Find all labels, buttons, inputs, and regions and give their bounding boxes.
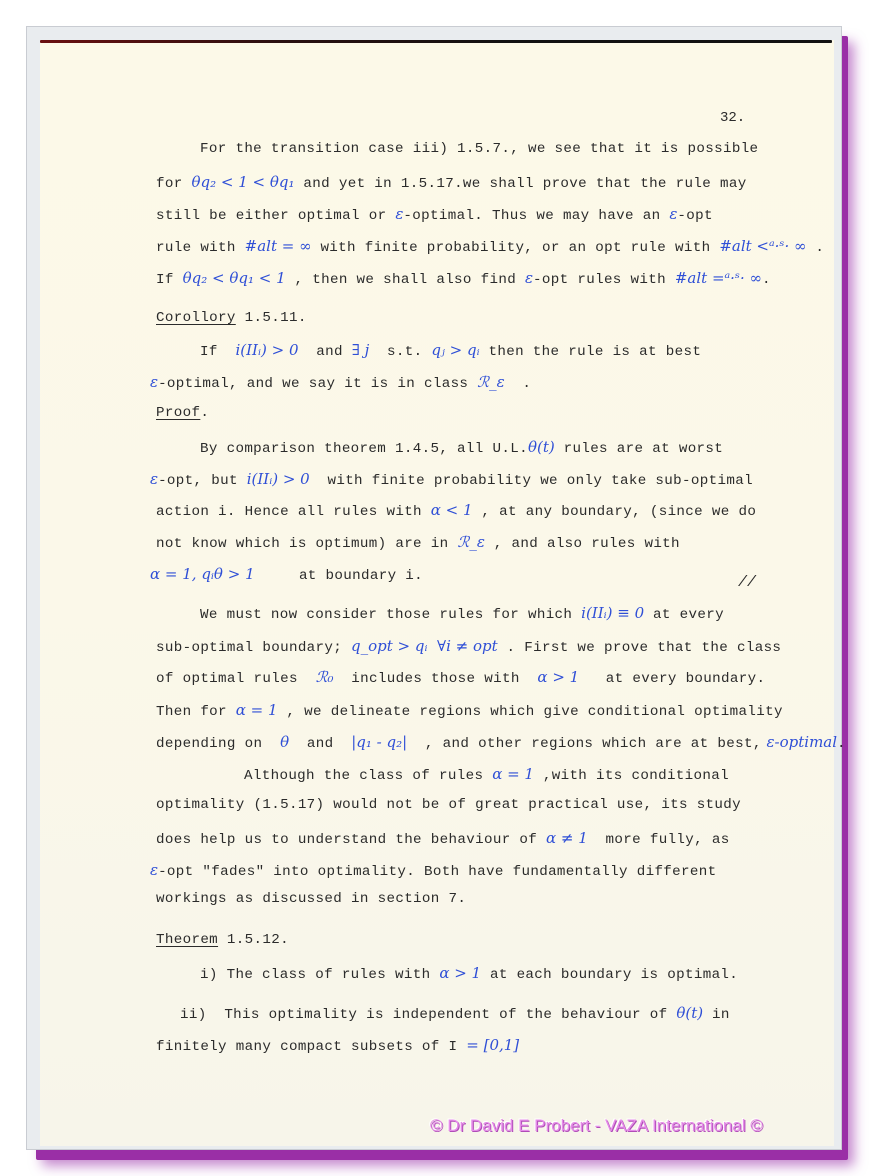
handwritten-math-annotation: α > 1 [439, 964, 481, 982]
theorem-line: i) The class of rules with α > 1 at each… [200, 964, 738, 983]
typed-text: in [703, 1007, 730, 1023]
typed-text: , at any boundary, (since we do [473, 504, 757, 520]
typed-text: with finite probability we only take sub… [310, 473, 753, 489]
typed-text: ii) This optimality is independent of th… [180, 1007, 676, 1023]
typed-text: rules are at worst [555, 441, 723, 457]
end-of-proof-mark: // [738, 574, 756, 591]
typed-text: not know which is optimum) are in [156, 536, 457, 552]
heading-number: 1.5.12. [218, 932, 289, 948]
handwritten-math-annotation: α < 1 [431, 501, 473, 519]
typed-text: at boundary i. [255, 568, 423, 584]
typed-text: -opt [677, 208, 712, 224]
handwritten-math-annotation: ε [150, 861, 158, 879]
handwritten-math-annotation: ℛ₀ [316, 668, 334, 686]
paragraph-line: For the transition case iii) 1.5.7., we … [200, 141, 758, 157]
heading-label: Proof [156, 405, 200, 421]
typed-text: more fully, as [588, 832, 730, 848]
remark-line: does help us to understand the behaviour… [156, 829, 730, 848]
typed-text: s.t. [369, 344, 431, 360]
typed-text: i) The class of rules with [200, 967, 439, 983]
discussion-line: sub-optimal boundary; q_opt > qᵢ ∀i ≠ op… [156, 637, 781, 656]
handwritten-math-annotation: ε-optimal [762, 733, 837, 751]
typed-text: rule with [156, 240, 245, 256]
typed-text: . [762, 272, 771, 288]
handwritten-math-annotation: α = 1 [492, 765, 534, 783]
handwritten-math-annotation: ε [525, 269, 533, 287]
typed-text: -opt "fades" into optimality. Both have … [158, 864, 716, 880]
theorem-heading: Theorem 1.5.12. [156, 932, 289, 948]
copyright-watermark: © Dr David E Probert - VAZA Internationa… [430, 1116, 763, 1136]
typed-text: . [807, 240, 825, 256]
typed-text: -optimal, and we say it is in class [158, 376, 477, 392]
typed-text: still be either optimal or [156, 208, 395, 224]
remark-line: optimality (1.5.17) would not be of grea… [156, 797, 741, 813]
handwritten-math-annotation: α = 1, qᵢθ > 1 [150, 565, 255, 583]
handwritten-math-annotation: #alt <ᵃ·ˢ· ∞ [719, 237, 806, 255]
handwritten-math-annotation: #alt = ∞ [245, 237, 312, 255]
handwritten-math-annotation: ℛ_ε [457, 533, 485, 551]
typed-text: includes those with [334, 671, 538, 687]
handwritten-math-annotation: θ(t) [676, 1004, 703, 1022]
typed-text: -opt, but [158, 473, 247, 489]
typed-text: at each boundary is optimal. [481, 967, 738, 983]
handwritten-math-annotation: α > 1 [537, 668, 579, 686]
corollary-line: ε-optimal, and we say it is in class ℛ_ε… [150, 373, 531, 392]
paper-top-edge [40, 40, 832, 43]
typed-text: . First we prove that the class [498, 640, 782, 656]
typed-text: at every [644, 607, 724, 623]
typed-text: , we delineate regions which give condit… [278, 704, 783, 720]
typed-text: then the rule is at best [480, 344, 702, 360]
typed-text: For the transition case iii) 1.5.7., we … [200, 141, 758, 157]
typed-text: ,with its conditional [534, 768, 729, 784]
typed-text: for [156, 176, 191, 192]
heading-number: . [200, 405, 209, 421]
typed-text: depending on [156, 736, 280, 752]
typed-text: of optimal rules [156, 671, 316, 687]
remark-line: ε-opt "fades" into optimality. Both have… [150, 861, 717, 880]
handwritten-math-annotation: θ(t) [528, 438, 555, 456]
handwritten-math-annotation: ε [150, 470, 158, 488]
corollary-line: If i(IIᵢ) > 0 and ∃ j s.t. qⱼ > qᵢ then … [200, 341, 701, 360]
theorem-line: finitely many compact subsets of I = [0,… [156, 1036, 519, 1055]
discussion-line: Then for α = 1 , we delineate regions wh… [156, 701, 783, 720]
proof-line: By comparison theorem 1.4.5, all U.L.θ(t… [200, 438, 723, 457]
handwritten-math-annotation: i(IIᵢ) > 0 [235, 341, 298, 359]
discussion-line: We must now consider those rules for whi… [200, 604, 724, 623]
heading-label: Theorem [156, 932, 218, 948]
typed-text: workings as discussed in section 7. [156, 891, 466, 907]
proof-line: action i. Hence all rules with α < 1 , a… [156, 501, 756, 520]
typed-text: and [289, 736, 351, 752]
typed-text: Then for [156, 704, 236, 720]
handwritten-math-annotation: i(IIᵢ) ≡ 0 [581, 604, 644, 622]
handwritten-math-annotation: i(IIᵢ) > 0 [247, 470, 310, 488]
typed-text: does help us to understand the behaviour… [156, 832, 546, 848]
paragraph-line: still be either optimal or ε-optimal. Th… [156, 205, 713, 224]
theorem-line: ii) This optimality is independent of th… [180, 1004, 730, 1023]
handwritten-math-annotation: = [0,1] [466, 1036, 519, 1054]
typed-text: , and also rules with [485, 536, 680, 552]
discussion-line: of optimal rules ℛ₀ includes those with … [156, 668, 765, 687]
handwritten-math-annotation: θq₂ < θq₁ < 1 [183, 269, 286, 287]
typed-text: . [505, 376, 532, 392]
typed-text: finitely many compact subsets of I [156, 1039, 466, 1055]
handwritten-math-annotation: θq₂ < 1 < θq₁ [191, 173, 294, 191]
typed-text: optimality (1.5.17) would not be of grea… [156, 797, 741, 813]
handwritten-math-annotation: ε [150, 373, 158, 391]
page-number: 32. [720, 110, 745, 126]
handwritten-math-annotation: ℛ_ε [477, 373, 505, 391]
handwritten-math-annotation: ∃ j [352, 341, 370, 359]
proof-line: α = 1, qᵢθ > 1 at boundary i. [150, 565, 423, 584]
typed-text: and yet in 1.5.17.we shall prove that th… [295, 176, 747, 192]
heading-label: Corollory [156, 310, 236, 326]
typed-text: We must now consider those rules for whi… [200, 607, 581, 623]
handwritten-math-annotation: q_opt > qᵢ ∀i ≠ opt [351, 637, 498, 655]
typed-text: -opt rules with [533, 272, 675, 288]
typed-text: , then we shall also find [286, 272, 525, 288]
typed-text: and [299, 344, 352, 360]
typed-text: If [156, 272, 183, 288]
paragraph-line: rule with #alt = ∞ with finite probabili… [156, 237, 824, 256]
remark-line: workings as discussed in section 7. [156, 891, 466, 907]
typed-text: , and other regions which are at best, [407, 736, 762, 752]
proof-line: ε-opt, but i(IIᵢ) > 0 with finite probab… [150, 470, 753, 489]
typed-text: sub-optimal boundary; [156, 640, 351, 656]
typed-text: If [200, 344, 235, 360]
proof-heading: Proof. [156, 405, 209, 421]
typed-text: action i. Hence all rules with [156, 504, 431, 520]
handwritten-math-annotation: qⱼ > qᵢ [431, 341, 479, 359]
typed-text: at every boundary. [579, 671, 765, 687]
typed-text: . [837, 736, 846, 752]
handwritten-math-annotation: α = 1 [236, 701, 278, 719]
corollary-heading: Corollory 1.5.11. [156, 310, 307, 326]
typed-text: -optimal. Thus we may have an [403, 208, 669, 224]
heading-number: 1.5.11. [236, 310, 307, 326]
paragraph-line: If θq₂ < θq₁ < 1 , then we shall also fi… [156, 269, 771, 288]
typed-text: with finite probability, or an opt rule … [312, 240, 720, 256]
typed-text: Although the class of rules [244, 768, 492, 784]
handwritten-math-annotation: |q₁ - q₂| [351, 733, 407, 751]
handwritten-math-annotation: #alt =ᵃ·ˢ· ∞ [675, 269, 762, 287]
handwritten-math-annotation: θ [280, 733, 289, 751]
remark-line: Although the class of rules α = 1 ,with … [244, 765, 729, 784]
proof-line: not know which is optimum) are in ℛ_ε , … [156, 533, 680, 552]
handwritten-math-annotation: α ≠ 1 [546, 829, 588, 847]
typed-text: By comparison theorem 1.4.5, all U.L. [200, 441, 528, 457]
paragraph-line: for θq₂ < 1 < θq₁ and yet in 1.5.17.we s… [156, 173, 747, 192]
discussion-line: depending on θ and |q₁ - q₂| , and other… [156, 733, 846, 752]
